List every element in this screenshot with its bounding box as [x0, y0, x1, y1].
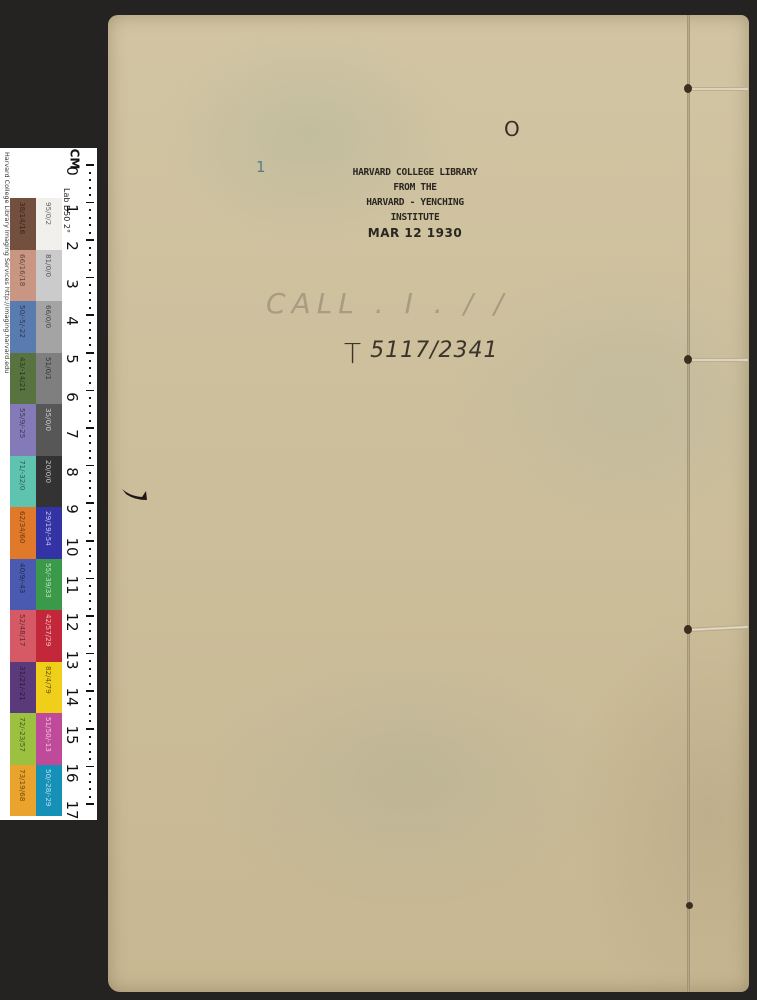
call-number-value: 5117/2341 [370, 338, 498, 363]
patch-label: 35/0/0 [44, 408, 53, 431]
patch-label: 42/57/29 [44, 614, 53, 646]
ruler-minor-tick [89, 375, 91, 377]
ruler-tick [86, 690, 94, 692]
ruler-number: 8 [63, 462, 81, 482]
ruler-tick [86, 803, 94, 805]
ruler-tick [86, 728, 94, 730]
stamp-line: FROM THE [340, 180, 490, 195]
ruler-number: 7 [63, 424, 81, 444]
ruler-minor-tick [89, 405, 91, 407]
patch-label: 72/-23/57 [18, 717, 27, 752]
call-prefix: T [344, 337, 362, 370]
ruler-tick [86, 314, 94, 316]
patch-label: 55/9/-25 [18, 408, 27, 438]
color-patch: 50/-5/-22 [10, 301, 36, 353]
stamp-line: HARVARD - YENCHING [340, 195, 490, 210]
ruler-minor-tick [89, 623, 91, 625]
stamp-line: INSTITUTE [340, 210, 490, 225]
patch-label: 38/14/16 [18, 202, 27, 234]
ruler-minor-tick [89, 683, 91, 685]
ruler-minor-tick [89, 262, 91, 264]
ruler-tick [86, 352, 94, 354]
patch-label: 52/48/17 [18, 614, 27, 646]
patch-label: 31/21/-21 [18, 666, 27, 701]
ruler-minor-tick [89, 698, 91, 700]
ruler-minor-tick [89, 435, 91, 437]
patch-label: 95/0/2 [44, 202, 53, 225]
ruler-minor-tick [89, 254, 91, 256]
ruler-minor-tick [89, 367, 91, 369]
stamp-date: MAR 12 1930 [340, 226, 490, 241]
color-patch: 43/-14/21 [10, 353, 36, 405]
patch-label: 81/0/0 [44, 254, 53, 277]
patch-label: 66/0/0 [44, 305, 53, 328]
ruler-minor-tick [89, 781, 91, 783]
ruler-number: 15 [63, 725, 81, 745]
ruler-minor-tick [89, 269, 91, 271]
ruler-minor-tick [89, 751, 91, 753]
ruler-minor-tick [89, 224, 91, 226]
ruler-minor-tick [89, 457, 91, 459]
ruler-tick [86, 615, 94, 617]
ruler-tick [86, 202, 94, 204]
ruler-minor-tick [89, 217, 91, 219]
ruler-minor-tick [89, 593, 91, 595]
patch-label: 40/9/-43 [18, 563, 27, 593]
binding-stitch-3 [688, 625, 748, 632]
ruler-number: 14 [63, 687, 81, 707]
ruler-minor-tick [89, 517, 91, 519]
ruler-minor-tick [89, 284, 91, 286]
ruler-number: 13 [63, 650, 81, 670]
color-patch: 31/21/-21 [10, 662, 36, 714]
ruler-minor-tick [89, 796, 91, 798]
ruler-minor-tick [89, 194, 91, 196]
ruler-minor-tick [89, 608, 91, 610]
grey-patch: 51/50/-13 [36, 713, 62, 765]
patch-label: 55/-39/33 [44, 563, 53, 598]
grey-patch: 82/4/79 [36, 662, 62, 714]
ruler-number: 5 [63, 349, 81, 369]
color-patch: 66/16/18 [10, 250, 36, 302]
ruler-number: 0 [63, 161, 81, 181]
color-patch: 73/19/68 [10, 765, 36, 817]
ruler-minor-tick [89, 292, 91, 294]
ruler-minor-tick [89, 187, 91, 189]
ruler-minor-tick [89, 420, 91, 422]
ruler-minor-tick [89, 713, 91, 715]
spine-thread [687, 15, 690, 992]
ruler-minor-tick [89, 179, 91, 181]
library-stamp: HARVARD COLLEGE LIBRARY FROM THE HARVARD… [340, 165, 490, 241]
call-number: T 5117/2341 [344, 337, 499, 370]
ruler-minor-tick [89, 548, 91, 550]
color-swatches: 38/14/1666/16/1850/-5/-2243/-14/2155/9/-… [10, 198, 62, 818]
grey-patch: 95/0/2 [36, 198, 62, 250]
ruler-minor-tick [89, 668, 91, 670]
patch-label: 50/-5/-22 [18, 305, 27, 338]
color-patch: 62/34/60 [10, 507, 36, 559]
ruler-minor-tick [89, 322, 91, 324]
patch-label: 20/0/0 [44, 460, 53, 483]
ruler-minor-tick [89, 487, 91, 489]
ruler-number: 10 [63, 537, 81, 557]
ruler-minor-tick [89, 397, 91, 399]
ruler-minor-tick [89, 360, 91, 362]
ruler-number: 12 [63, 612, 81, 632]
grey-patch: 20/0/0 [36, 456, 62, 508]
ruler-minor-tick [89, 412, 91, 414]
handwritten-o-mark: O [504, 117, 520, 141]
grey-patch: 55/-39/33 [36, 559, 62, 611]
ruler-tick [86, 766, 94, 768]
patch-label: 82/4/79 [44, 666, 53, 694]
ruler-number: 11 [63, 575, 81, 595]
ruler-minor-tick [89, 645, 91, 647]
ruler-minor-tick [89, 720, 91, 722]
ruler-minor-tick [89, 570, 91, 572]
ruler-minor-tick [89, 510, 91, 512]
ruler-minor-tick [89, 532, 91, 534]
ruler-minor-tick [89, 638, 91, 640]
grey-patch: 50/-28/-29 [36, 765, 62, 817]
ruler-minor-tick [89, 600, 91, 602]
ruler-tick [86, 239, 94, 241]
ruler-minor-tick [89, 525, 91, 527]
binding-stitch-1 [688, 87, 748, 91]
ruler-tick [86, 427, 94, 429]
ruler-number: 3 [63, 274, 81, 294]
patch-label: 50/-28/-29 [44, 769, 53, 806]
ruler-number: 16 [63, 763, 81, 783]
ruler-minor-tick [89, 382, 91, 384]
ruler-minor-tick [89, 209, 91, 211]
color-patch: 72/-23/57 [10, 713, 36, 765]
patch-label: 43/-14/21 [18, 357, 27, 392]
ruler-number: 2 [63, 236, 81, 256]
ruler-tick [86, 540, 94, 542]
patch-label: 29/19/-54 [44, 511, 53, 546]
binding-stitch-2 [688, 358, 748, 362]
ruler-minor-tick [89, 299, 91, 301]
color-patch: 40/9/-43 [10, 559, 36, 611]
color-patch: 52/48/17 [10, 610, 36, 662]
ruler-minor-tick [89, 675, 91, 677]
ruler-minor-tick [89, 337, 91, 339]
ruler-number: 9 [63, 499, 81, 519]
ruler-tick [86, 465, 94, 467]
ruler-minor-tick [89, 743, 91, 745]
binding-knot-bottom [686, 902, 693, 909]
grey-patch: 29/19/-54 [36, 507, 62, 559]
ruler-minor-tick [89, 585, 91, 587]
book-back-cover: O 1 HARVARD COLLEGE LIBRARY FROM THE HAR… [108, 15, 749, 992]
ruler-tick [86, 578, 94, 580]
ruler-minor-tick [89, 232, 91, 234]
ruler-minor-tick [89, 773, 91, 775]
ruler-tick [86, 390, 94, 392]
ruler-minor-tick [89, 450, 91, 452]
ruler-minor-tick [89, 472, 91, 474]
ruler-number: 1 [63, 199, 81, 219]
ruler-minor-tick [89, 563, 91, 565]
patch-label: 62/34/60 [18, 511, 27, 543]
ruler-minor-tick [89, 705, 91, 707]
ruler-minor-tick [89, 442, 91, 444]
ink-blot-mark [120, 487, 150, 501]
ruler-minor-tick [89, 495, 91, 497]
grey-patch: 51/0/1 [36, 353, 62, 405]
ruler-number: 17 [63, 800, 81, 820]
grey-patch: 81/0/0 [36, 250, 62, 302]
ruler-minor-tick [89, 172, 91, 174]
patch-label: 51/0/1 [44, 357, 53, 380]
ruler-number: 4 [63, 311, 81, 331]
ruler-tick [86, 653, 94, 655]
grey-patch: 66/0/0 [36, 301, 62, 353]
ruler-minor-tick [89, 758, 91, 760]
ruler-tick [86, 164, 94, 166]
ruler-minor-tick [89, 329, 91, 331]
stamp-line: HARVARD COLLEGE LIBRARY [340, 165, 490, 180]
color-patch: 71/-32/0 [10, 456, 36, 508]
grey-patch: 35/0/0 [36, 404, 62, 456]
ruler-minor-tick [89, 247, 91, 249]
patch-label: 73/19/68 [18, 769, 27, 801]
patch-label: 66/16/18 [18, 254, 27, 286]
ruler-number: 6 [63, 387, 81, 407]
ruler-minor-tick [89, 660, 91, 662]
color-calibration-card: Harvard College Library Imaging Services… [0, 148, 97, 820]
ruler-minor-tick [89, 344, 91, 346]
grey-patch: 42/57/29 [36, 610, 62, 662]
ruler-minor-tick [89, 555, 91, 557]
ruler-minor-tick [89, 307, 91, 309]
ruler-tick [86, 502, 94, 504]
ruler-minor-tick [89, 788, 91, 790]
ruler-minor-tick [89, 480, 91, 482]
ruler-tick [86, 277, 94, 279]
patch-label: 51/50/-13 [44, 717, 53, 752]
color-patch: 38/14/16 [10, 198, 36, 250]
patch-label: 71/-32/0 [18, 460, 27, 490]
handwritten-number-mark: 1 [256, 158, 266, 176]
ruler-minor-tick [89, 736, 91, 738]
ruler-minor-tick [89, 630, 91, 632]
faded-pencil-text: CALL . I . / / [266, 287, 509, 320]
color-patch: 55/9/-25 [10, 404, 36, 456]
